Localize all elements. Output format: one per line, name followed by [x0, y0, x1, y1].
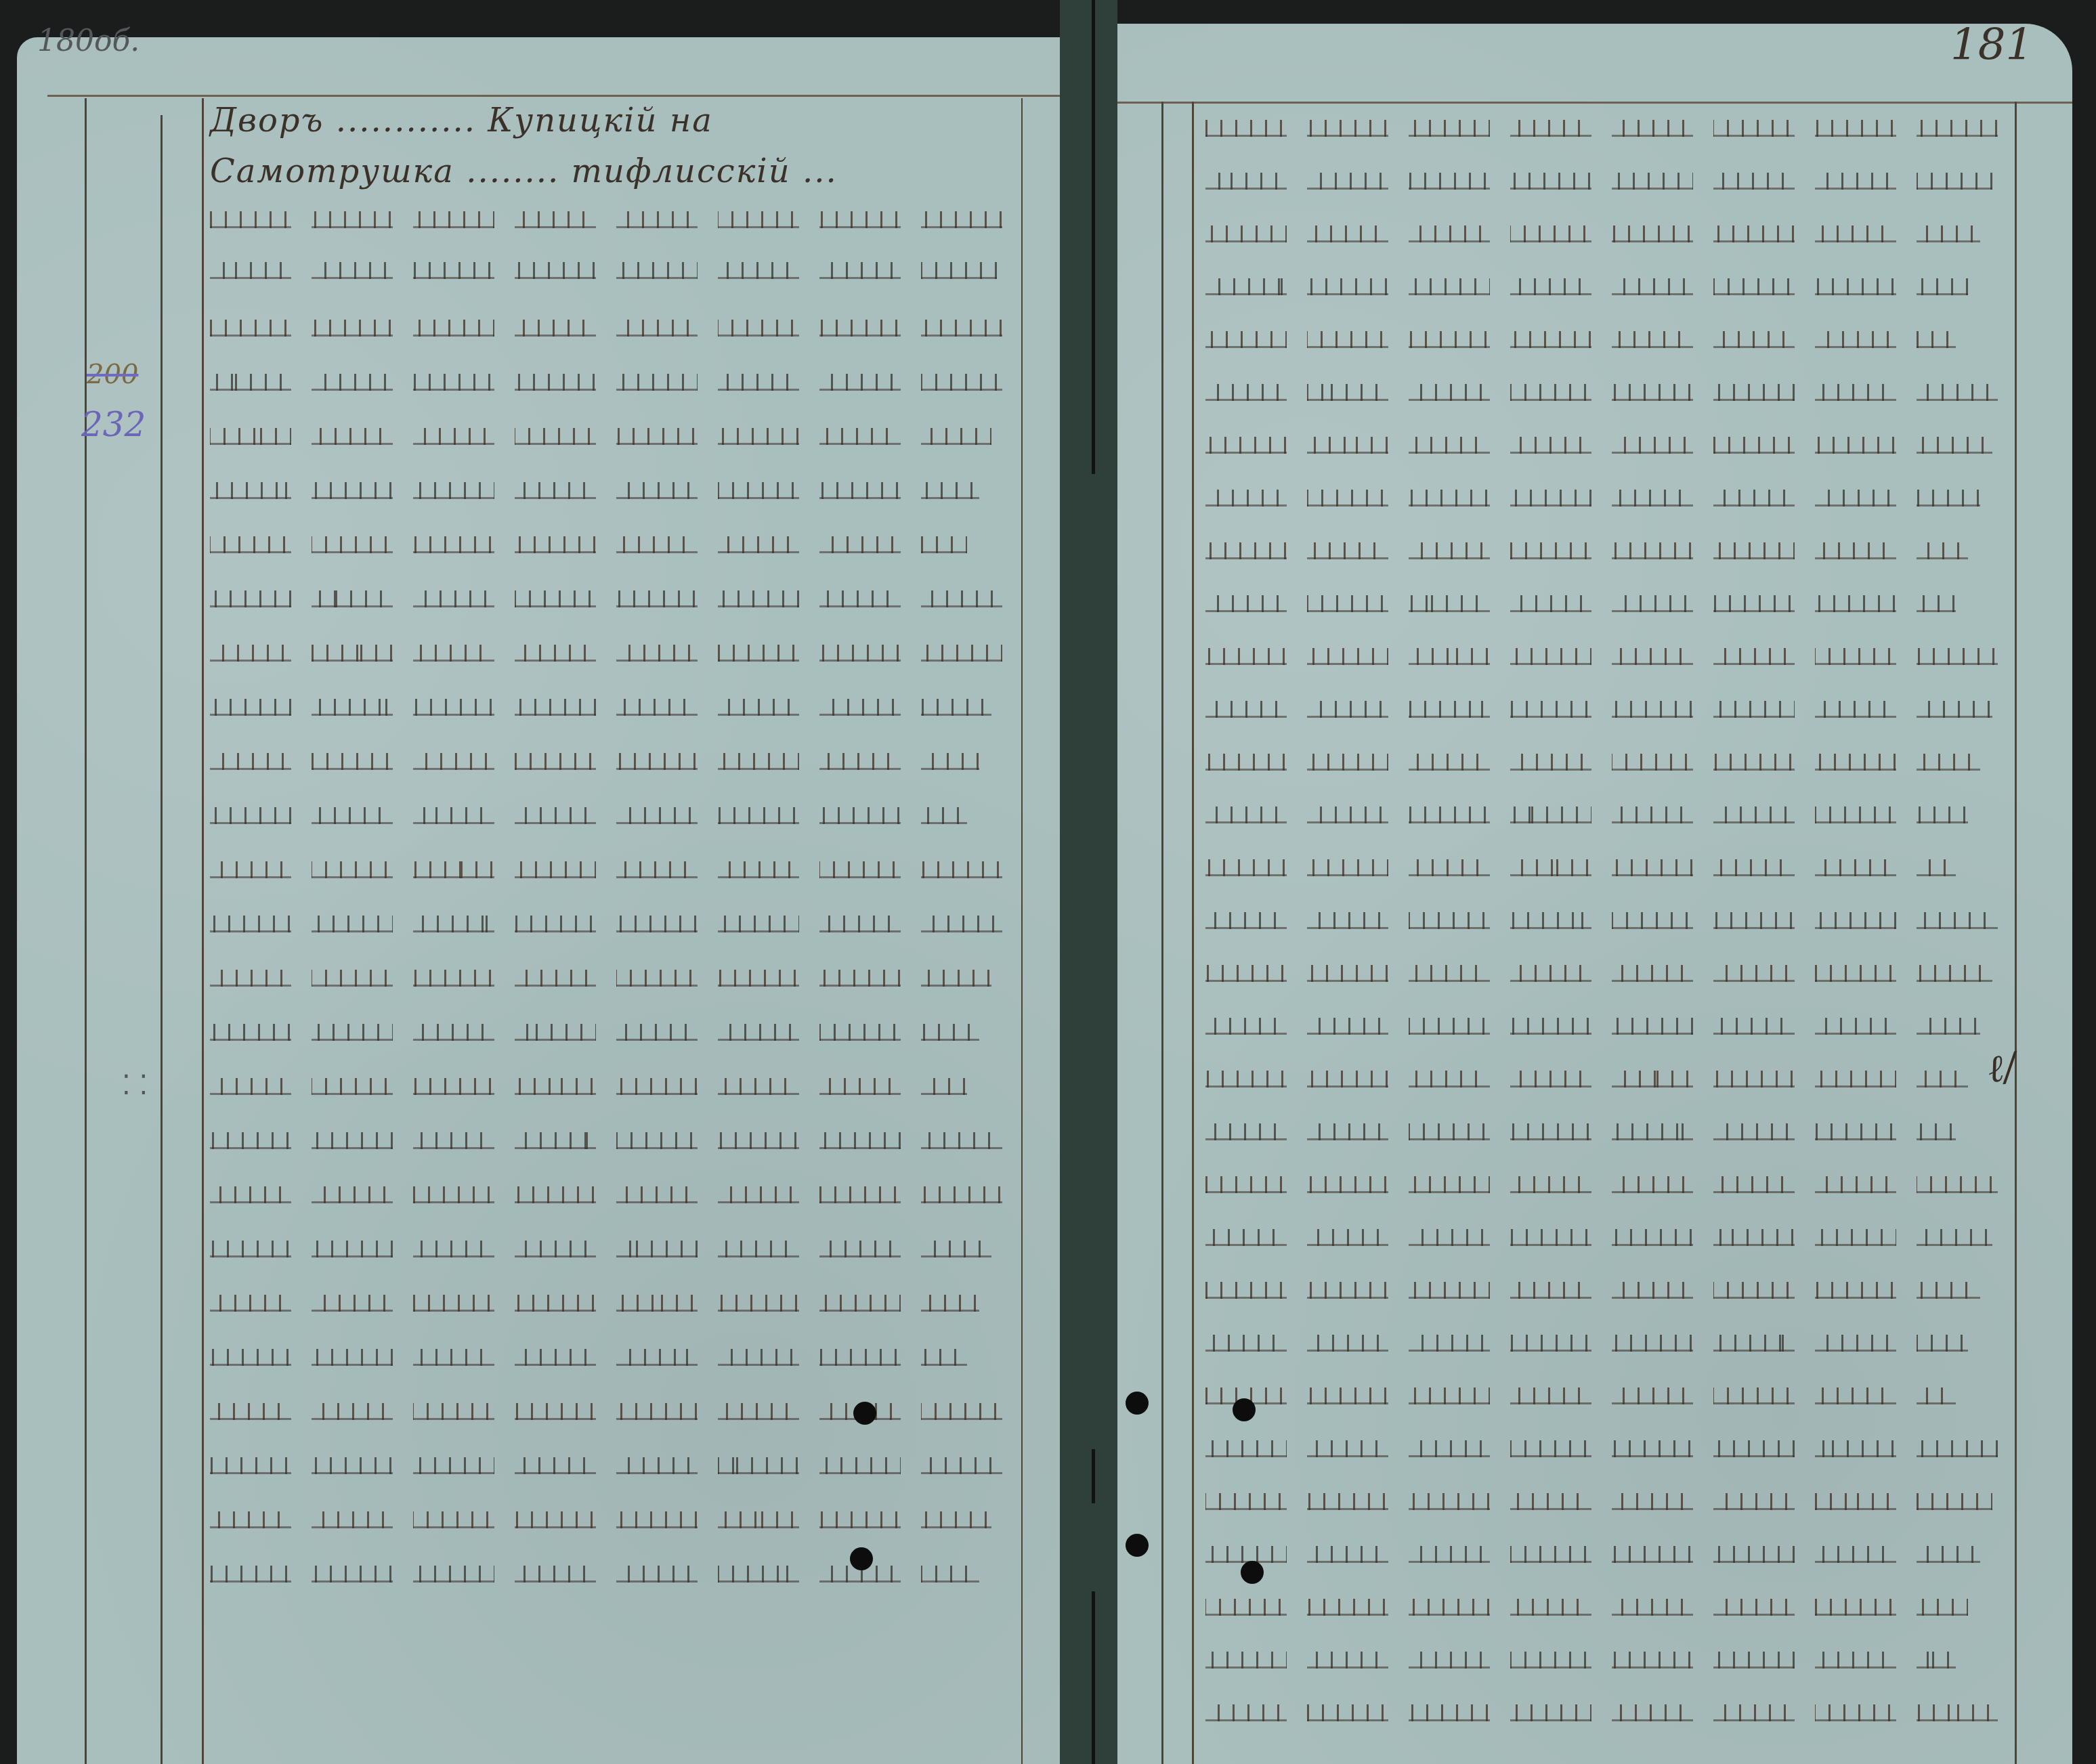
punch-hole	[1241, 1561, 1264, 1584]
margin-rule-r1	[1161, 102, 1163, 1764]
manuscript-line	[210, 1124, 1016, 1155]
manuscript-line	[210, 1287, 979, 1318]
manuscript-line	[210, 528, 967, 559]
top-rule-right	[1117, 102, 2072, 104]
punch-hole	[1126, 1534, 1149, 1557]
manuscript-line	[1205, 1062, 1968, 1094]
manuscript-line	[1205, 1274, 1980, 1305]
manuscript-line	[210, 1341, 967, 1372]
header-line-2: Самотрушка ........ тифлисскій ...	[210, 152, 838, 190]
book-gutter	[1060, 0, 1117, 1764]
manuscript-line	[1205, 1327, 1968, 1358]
manuscript-line	[210, 311, 1016, 343]
manuscript-line	[210, 1178, 1004, 1209]
manuscript-line	[1205, 534, 1968, 565]
top-rule-left	[47, 95, 1060, 97]
manuscript-line	[1205, 376, 2005, 407]
manuscript-line	[210, 799, 967, 830]
manuscript-line	[210, 637, 1004, 668]
archive-number: 232	[81, 405, 146, 444]
manuscript-line	[1205, 693, 1992, 724]
manuscript-line	[1205, 1643, 1956, 1675]
punch-hole	[1126, 1392, 1149, 1415]
manuscript-line	[210, 1016, 979, 1047]
manuscript-line	[210, 203, 1009, 234]
header-line-1: Дворъ ............ Купицкій на	[210, 102, 713, 139]
punch-hole	[1233, 1398, 1256, 1421]
manuscript-line	[1205, 481, 1980, 513]
manuscript-line	[210, 745, 979, 776]
manuscript-line	[1205, 1115, 1956, 1146]
margin-signature: ℓ∕	[1985, 1044, 2019, 1092]
manuscript-line	[1205, 1591, 1968, 1622]
manuscript-line	[210, 691, 991, 722]
manuscript-line	[1205, 1379, 1956, 1411]
manuscript-line	[210, 1232, 991, 1264]
manuscript-line	[1205, 957, 1992, 988]
manuscript-line	[210, 420, 991, 451]
folio-number-right: 181	[1950, 20, 2033, 70]
margin-rule-2	[161, 115, 163, 1764]
manuscript-line	[1205, 904, 2005, 935]
punch-hole	[853, 1402, 876, 1425]
manuscript-line	[1205, 1221, 1992, 1252]
margin-rule-right	[1021, 98, 1023, 1764]
manuscript-line	[1205, 640, 2005, 671]
binding-stitch	[1092, 1449, 1095, 1503]
manuscript-line	[210, 366, 1004, 397]
manuscript-line	[1205, 112, 2005, 143]
manuscript-line	[210, 582, 1016, 614]
binding-stitch	[1092, 0, 1095, 474]
manuscript-line	[210, 1070, 967, 1101]
manuscript-line	[210, 254, 997, 285]
manuscript-line	[1205, 851, 1956, 882]
margin-rule-1	[85, 98, 87, 1764]
manuscript-line	[1205, 1696, 2005, 1727]
manuscript-line	[210, 962, 991, 993]
punch-hole	[850, 1547, 873, 1570]
margin-rule-3	[202, 98, 204, 1764]
manuscript-line	[1205, 746, 1980, 777]
manuscript-line	[1205, 429, 1992, 460]
folio-number-left: 180об.	[37, 24, 140, 58]
manuscript-line	[1205, 1538, 1980, 1569]
margin-rule-r3	[2015, 102, 2017, 1764]
manuscript-line	[1205, 323, 1956, 354]
archive-number-struck: 200	[87, 359, 138, 390]
manuscript-line	[210, 1395, 1016, 1426]
manuscript-line	[1205, 1168, 2005, 1199]
manuscript-line	[1205, 1485, 1992, 1516]
manuscript-line	[210, 1503, 991, 1534]
manuscript-line	[1205, 270, 1968, 301]
manuscript-line	[1205, 587, 1956, 618]
margin-marks: ⁚ ⁚	[122, 1070, 148, 1101]
manuscript-line	[210, 907, 1004, 939]
manuscript-line	[210, 474, 979, 505]
manuscript-line	[1205, 165, 1992, 196]
margin-rule-r2	[1192, 102, 1194, 1764]
binding-stitch	[1092, 1591, 1095, 1764]
manuscript-line	[1205, 798, 1968, 830]
manuscript-line	[1205, 1010, 1980, 1041]
manuscript-line	[210, 1449, 1004, 1480]
manuscript-line	[210, 853, 1016, 884]
manuscript-line	[1205, 1432, 2005, 1463]
manuscript-line	[1205, 217, 1980, 249]
